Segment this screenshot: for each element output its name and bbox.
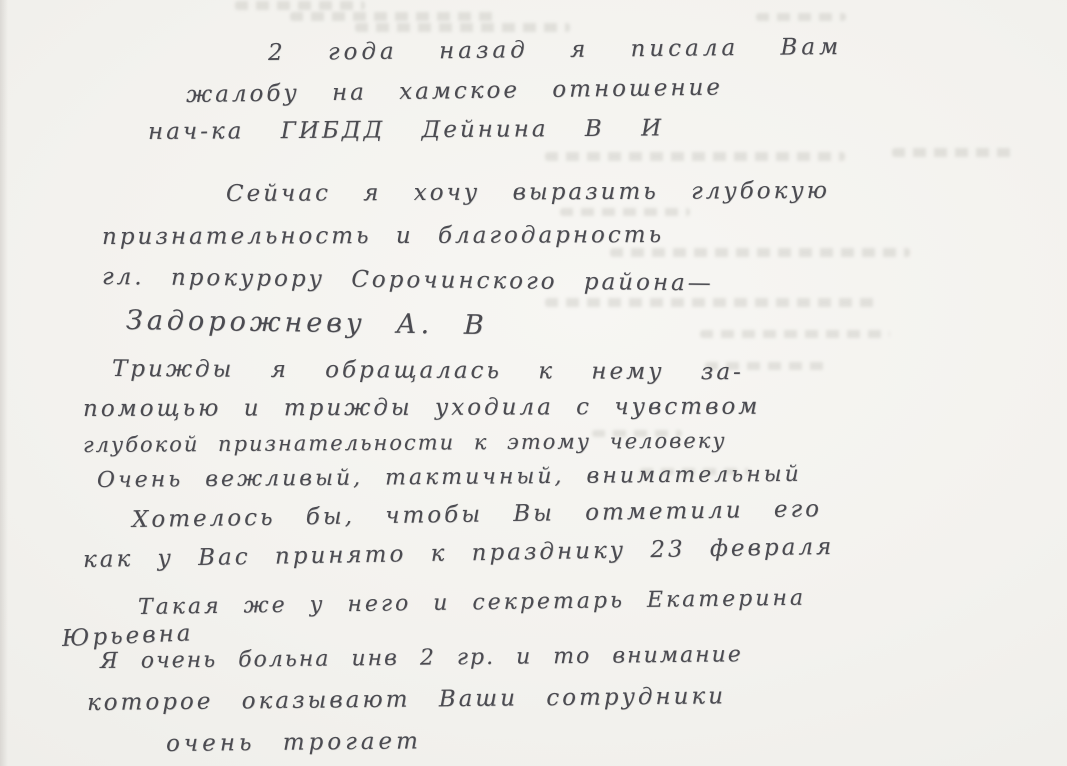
handwriting-line: гл. прокурору Сорочинского района— xyxy=(102,264,714,296)
handwriting-line: 2 года назад я писала Вам xyxy=(268,34,842,66)
bleedthrough-mark xyxy=(756,13,846,21)
handwriting-line: глубокой признательности к этому человек… xyxy=(83,429,727,457)
handwriting-line: нач-ка ГИБДД Дейнина В И xyxy=(148,115,664,145)
scan-edge-shadow xyxy=(0,0,8,766)
handwriting-line: очень трогает xyxy=(166,728,422,757)
handwriting-line: Хотелось бы, чтобы Вы отметили его xyxy=(132,496,822,533)
handwriting-line: жалобу на хамское отношение xyxy=(186,75,723,108)
bleedthrough-mark xyxy=(235,1,365,10)
handwriting-line: Очень вежливый, тактичный, внимательный xyxy=(97,462,802,493)
bleedthrough-mark xyxy=(892,148,1012,157)
handwriting-line: как у Вас принято к празднику 23 февраля xyxy=(83,534,835,573)
handwriting-line: Сейчас я хочу выразить глубокую xyxy=(226,178,830,207)
handwriting-line: Трижды я обращалась к нему за- xyxy=(112,356,744,385)
handwriting-line: которое оказывают Ваши сотрудники xyxy=(87,683,726,716)
handwriting-line: признательность и благодарность xyxy=(102,222,664,250)
bleedthrough-mark xyxy=(545,298,875,307)
bleedthrough-mark xyxy=(560,208,690,216)
scanned-letter-page: 2 года назад я писала Вам жалобу на хамс… xyxy=(0,0,1067,766)
handwriting-line: Я очень больна инв 2 гр. и то внимание xyxy=(100,642,743,674)
bleedthrough-mark xyxy=(610,248,910,257)
handwriting-line: помощью и трижды уходила с чувством xyxy=(83,394,760,422)
bleedthrough-mark xyxy=(290,12,500,21)
bleedthrough-mark xyxy=(545,152,845,161)
bleedthrough-mark xyxy=(355,23,570,32)
bleedthrough-mark xyxy=(700,330,890,338)
handwriting-line: Задорожневу А. В xyxy=(126,305,488,341)
handwriting-line: Такая же у него и секретарь Екатерина xyxy=(138,586,806,620)
